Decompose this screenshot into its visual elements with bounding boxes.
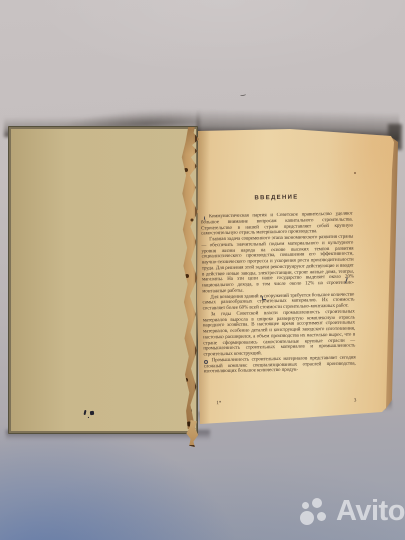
blank-left-page [20, 134, 192, 427]
introduction-text-page: ВВЕДЕНИЕ Коммунистическая партия и Совет… [196, 126, 398, 428]
book-listing-photo: ВВЕДЕНИЕ Коммунистическая партия и Совет… [0, 0, 405, 540]
page-heading: ВВЕДЕНИЕ [200, 194, 352, 203]
page-body-text: Коммунистическая партия и Советское прав… [201, 212, 356, 376]
page-footer: 1* 3 [204, 398, 356, 406]
page-number: 3 [354, 398, 357, 403]
page-paragraph: Главная задача современного этапа эконом… [201, 235, 354, 295]
ink-mark [90, 411, 94, 415]
ink-mark [84, 410, 87, 415]
pen-mark [204, 216, 208, 221]
avito-wordmark: Avito [336, 493, 405, 529]
pen-mark [204, 360, 208, 364]
page-paragraph: За годы Советской власти промышленность … [203, 309, 356, 358]
pen-mark [262, 296, 266, 300]
page-content: ВВЕДЕНИЕ Коммунистическая партия и Совет… [193, 124, 401, 430]
background-speck [240, 93, 246, 97]
avito-watermark: Avito [298, 493, 402, 533]
page-paragraph: Промышленность строительных материалов п… [204, 355, 356, 375]
paper-speck [354, 172, 356, 174]
avito-logo-icon [300, 497, 334, 527]
page-paragraph: Коммунистическая партия и Советское прав… [201, 212, 353, 238]
footer-signature-mark: 1* [216, 401, 221, 406]
